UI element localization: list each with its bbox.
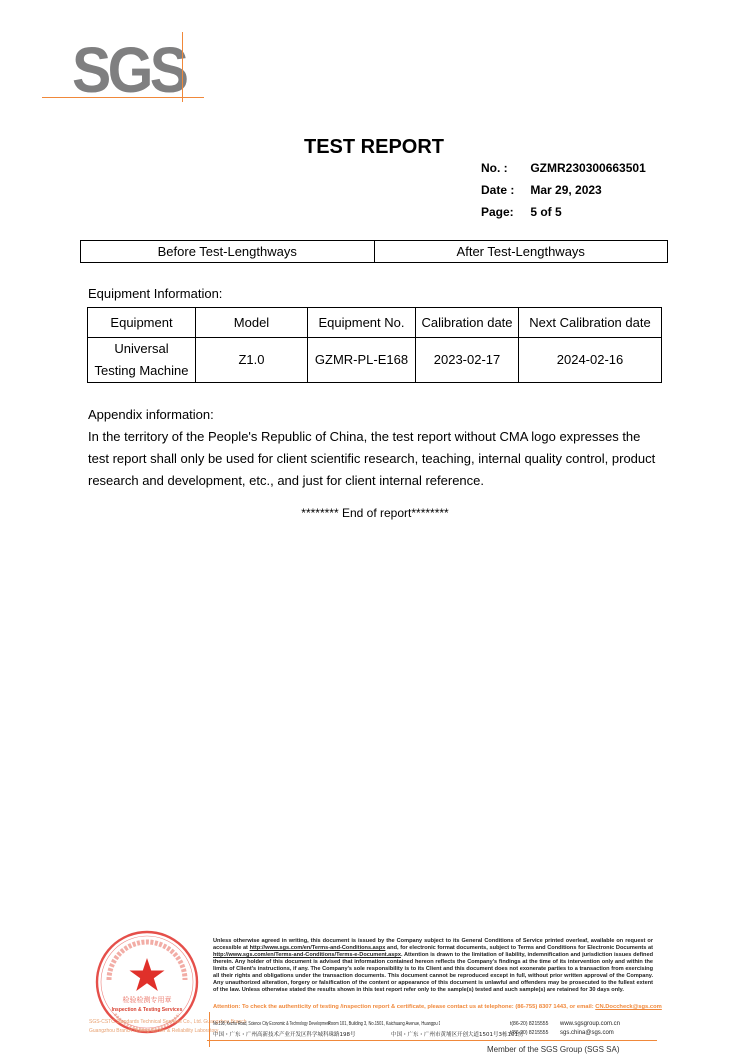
report-date-value: Mar 29, 2023 [530,183,601,197]
column-header: Calibration date [416,308,519,338]
footer-disclaimer: Unless otherwise agreed in writing, this… [213,938,653,994]
column-header: Equipment [88,308,196,338]
phone-1: t(86-20) 8215555 [510,1021,548,1027]
address1-en: No.198, Kezhu Road, Science City Economi… [213,1021,330,1027]
equipment-section-label: Equipment Information: [88,286,222,301]
sgs-logo-text: SGS [72,38,185,102]
appendix-section: Appendix information: In the territory o… [88,404,663,492]
equipment-no-cell: GZMR-PL-E168 [308,338,416,383]
table-row: Universal Testing Machine Z1.0 GZMR-PL-E… [88,338,662,383]
report-number-value: GZMR230300663501 [530,161,645,175]
column-header: Next Calibration date [519,308,662,338]
stamp-side-text-2: Guangzhou Branch Testing Center & Reliab… [89,1028,218,1034]
report-date-label: Date : [481,183,527,197]
page-number-value: 5 of 5 [530,205,561,219]
attention-text: Attention: To check the authenticity of … [213,1004,595,1010]
calibration-date-cell: 2023-02-17 [416,338,519,383]
equipment-table: Equipment Model Equipment No. Calibratio… [87,307,662,383]
terms-conditions-link[interactable]: http://www.sgs.com/en/Terms-and-Conditio… [250,945,386,951]
column-header: Equipment No. [308,308,416,338]
terms-e-document-link[interactable]: http://www.sgs.com/en/Terms-and-Conditio… [213,952,401,958]
address1-cn: 中国・广东・广州高新技术产业开发区科学城科珠路198号 [213,1030,356,1038]
before-test-caption: Before Test-Lengthways [81,241,375,263]
equipment-table-header: Equipment Model Equipment No. Calibratio… [88,308,662,338]
footer-vertical-divider [209,1012,210,1047]
page-number: Page: 5 of 5 [481,205,562,219]
page-number-label: Page: [481,205,527,219]
contact-email: sgs.china@sgs.com [560,1030,614,1036]
logo-horizontal-line [42,97,204,98]
equipment-name-line1: Universal [88,338,195,360]
svg-text:Inspection & Testing Services: Inspection & Testing Services [112,1007,183,1013]
appendix-text: In the territory of the People's Republi… [88,426,663,492]
page-title: TEST REPORT [304,136,444,159]
end-of-report: ******** End of report******** [0,506,750,520]
website: www.sgsgroup.com.cn [560,1021,620,1027]
sgs-group-membership: Member of the SGS Group (SGS SA) [487,1045,620,1054]
column-header: Model [196,308,308,338]
footer-address-row-en: No.198, Kezhu Road, Science City Economi… [213,1021,375,1029]
doccheck-email-link[interactable]: CN.Doccheck@sgs.com [595,1004,662,1010]
address2-cn: 中国・广东・广州市黄埔区开创大道1501号3栋101房 [391,1030,524,1038]
footer-divider [207,1040,657,1041]
disclaimer-text: . Attention is drawn to the limitation o… [213,952,653,993]
svg-text:检验检测专用章: 检验检测专用章 [123,995,172,1004]
star-icon [130,958,165,991]
report-date: Date : Mar 29, 2023 [481,183,602,197]
equipment-name-cell: Universal Testing Machine [88,338,196,383]
sgs-logo: SGS [42,32,207,102]
report-number: No. : GZMR230300663501 [481,161,646,175]
disclaimer-text: and, for electronic format documents, su… [385,945,653,951]
address2-en: Room 101, Building 3, No.1501, Kaichuang… [328,1021,440,1027]
equipment-name-line2: Testing Machine [88,360,195,382]
next-calibration-date-cell: 2024-02-16 [519,338,662,383]
phone-2: t(86-20) 8215555 [510,1030,548,1036]
model-cell: Z1.0 [196,338,308,383]
after-test-caption: After Test-Lengthways [374,241,668,263]
photo-caption-table: Before Test-Lengthways After Test-Length… [80,240,668,263]
report-number-label: No. : [481,161,527,175]
logo-vertical-line [182,32,183,102]
footer-attention: Attention: To check the authenticity of … [213,1004,663,1011]
footer-address-row-cn: 中国・广东・广州高新技术产业开发区科学城科珠路198号 中国・广东・广州市黄埔区… [213,1030,356,1038]
appendix-label: Appendix information: [88,404,663,426]
